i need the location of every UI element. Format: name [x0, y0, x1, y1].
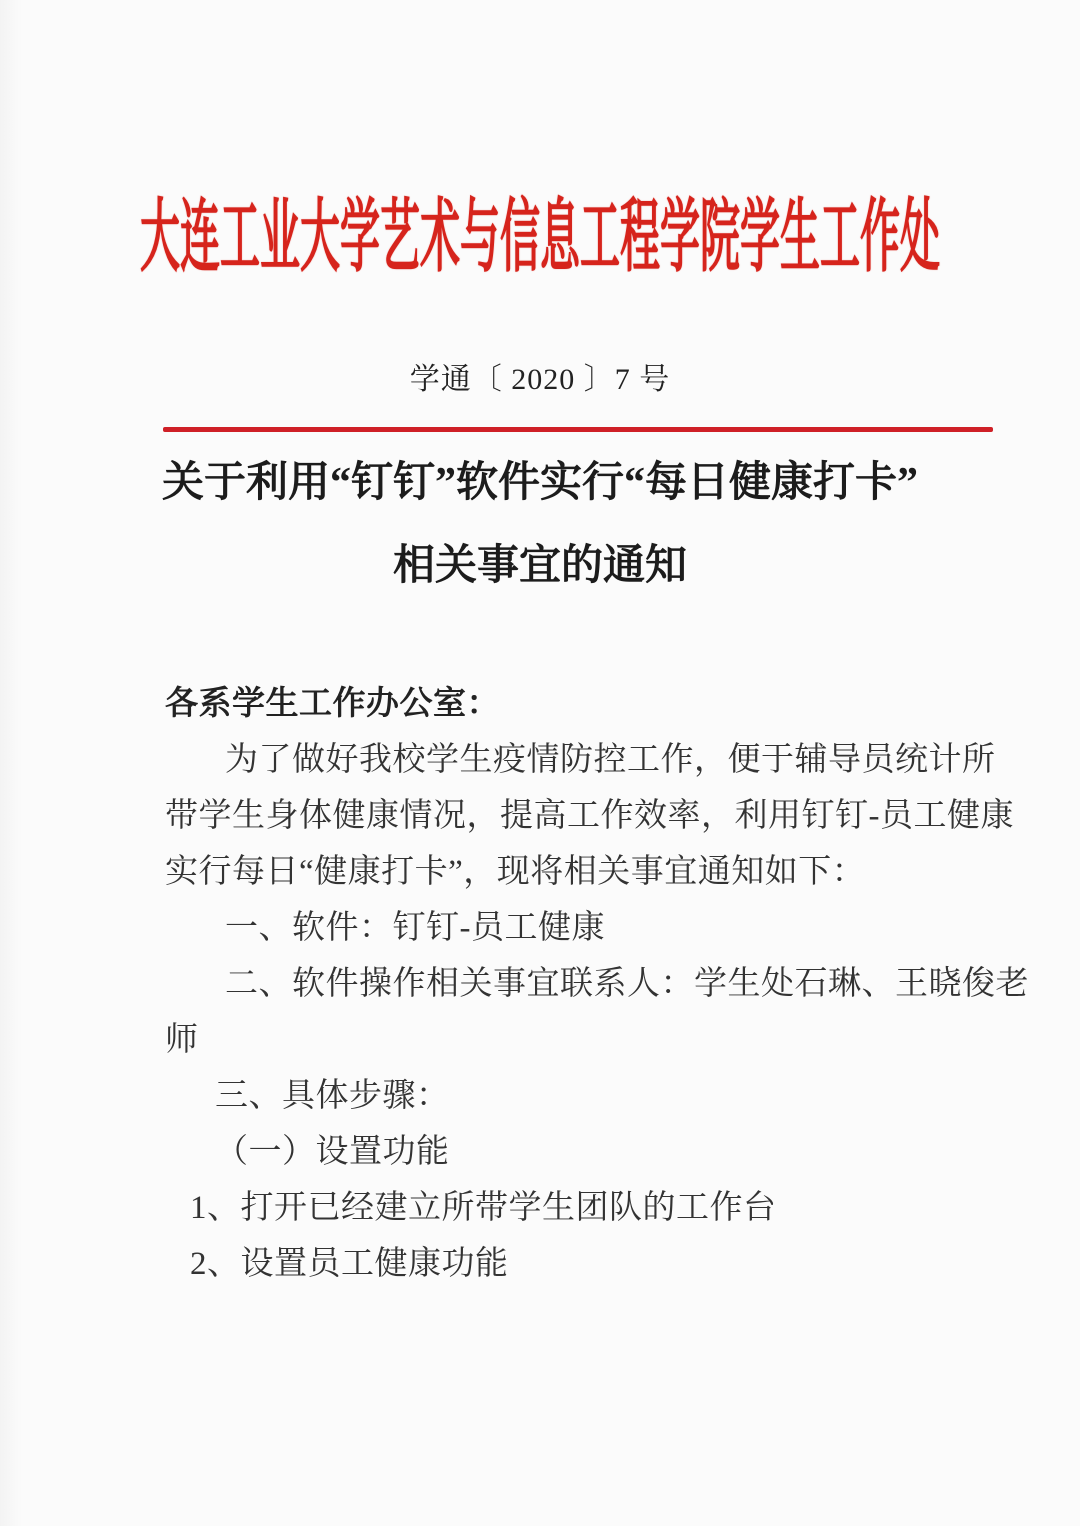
salutation: 各系学生工作办公室： [165, 676, 940, 732]
body-line: （一）设置功能 [165, 1124, 940, 1180]
body-line: 三、具体步骤： [165, 1068, 940, 1124]
notice-title-line1: 关于利用“钉钉”软件实行“每日健康打卡” [0, 455, 1080, 511]
red-divider-line [163, 427, 993, 432]
notice-body: 各系学生工作办公室： 为了做好我校学生疫情防控工作，便于辅导员统计所 带学生身体… [165, 676, 940, 1292]
body-line: 二、软件操作相关事宜联系人：学生处石琳、王晓俊老 [165, 956, 940, 1012]
body-line: 带学生身体健康情况，提高工作效率，利用钉钉-员工健康 [165, 788, 940, 844]
issuer-header: 大连工业大学艺术与信息工程学院学生工作处 [0, 196, 1080, 280]
body-line: 实行每日“健康打卡”，现将相关事宜通知如下： [165, 844, 940, 900]
body-line: 为了做好我校学生疫情防控工作，便于辅导员统计所 [165, 732, 940, 788]
body-line: 师 [165, 1012, 940, 1068]
body-line: 1、打开已经建立所带学生团队的工作台 [165, 1180, 940, 1236]
notice-title-line2: 相关事宜的通知 [0, 538, 1080, 594]
doc-number: 学通〔 2020 〕7 号 [0, 355, 1080, 405]
body-line: 2、设置员工健康功能 [165, 1236, 940, 1292]
document-page: 大连工业大学艺术与信息工程学院学生工作处 学通〔 2020 〕7 号 关于利用“… [0, 0, 1080, 1526]
body-line: 一、软件：钉钉-员工健康 [165, 900, 940, 956]
